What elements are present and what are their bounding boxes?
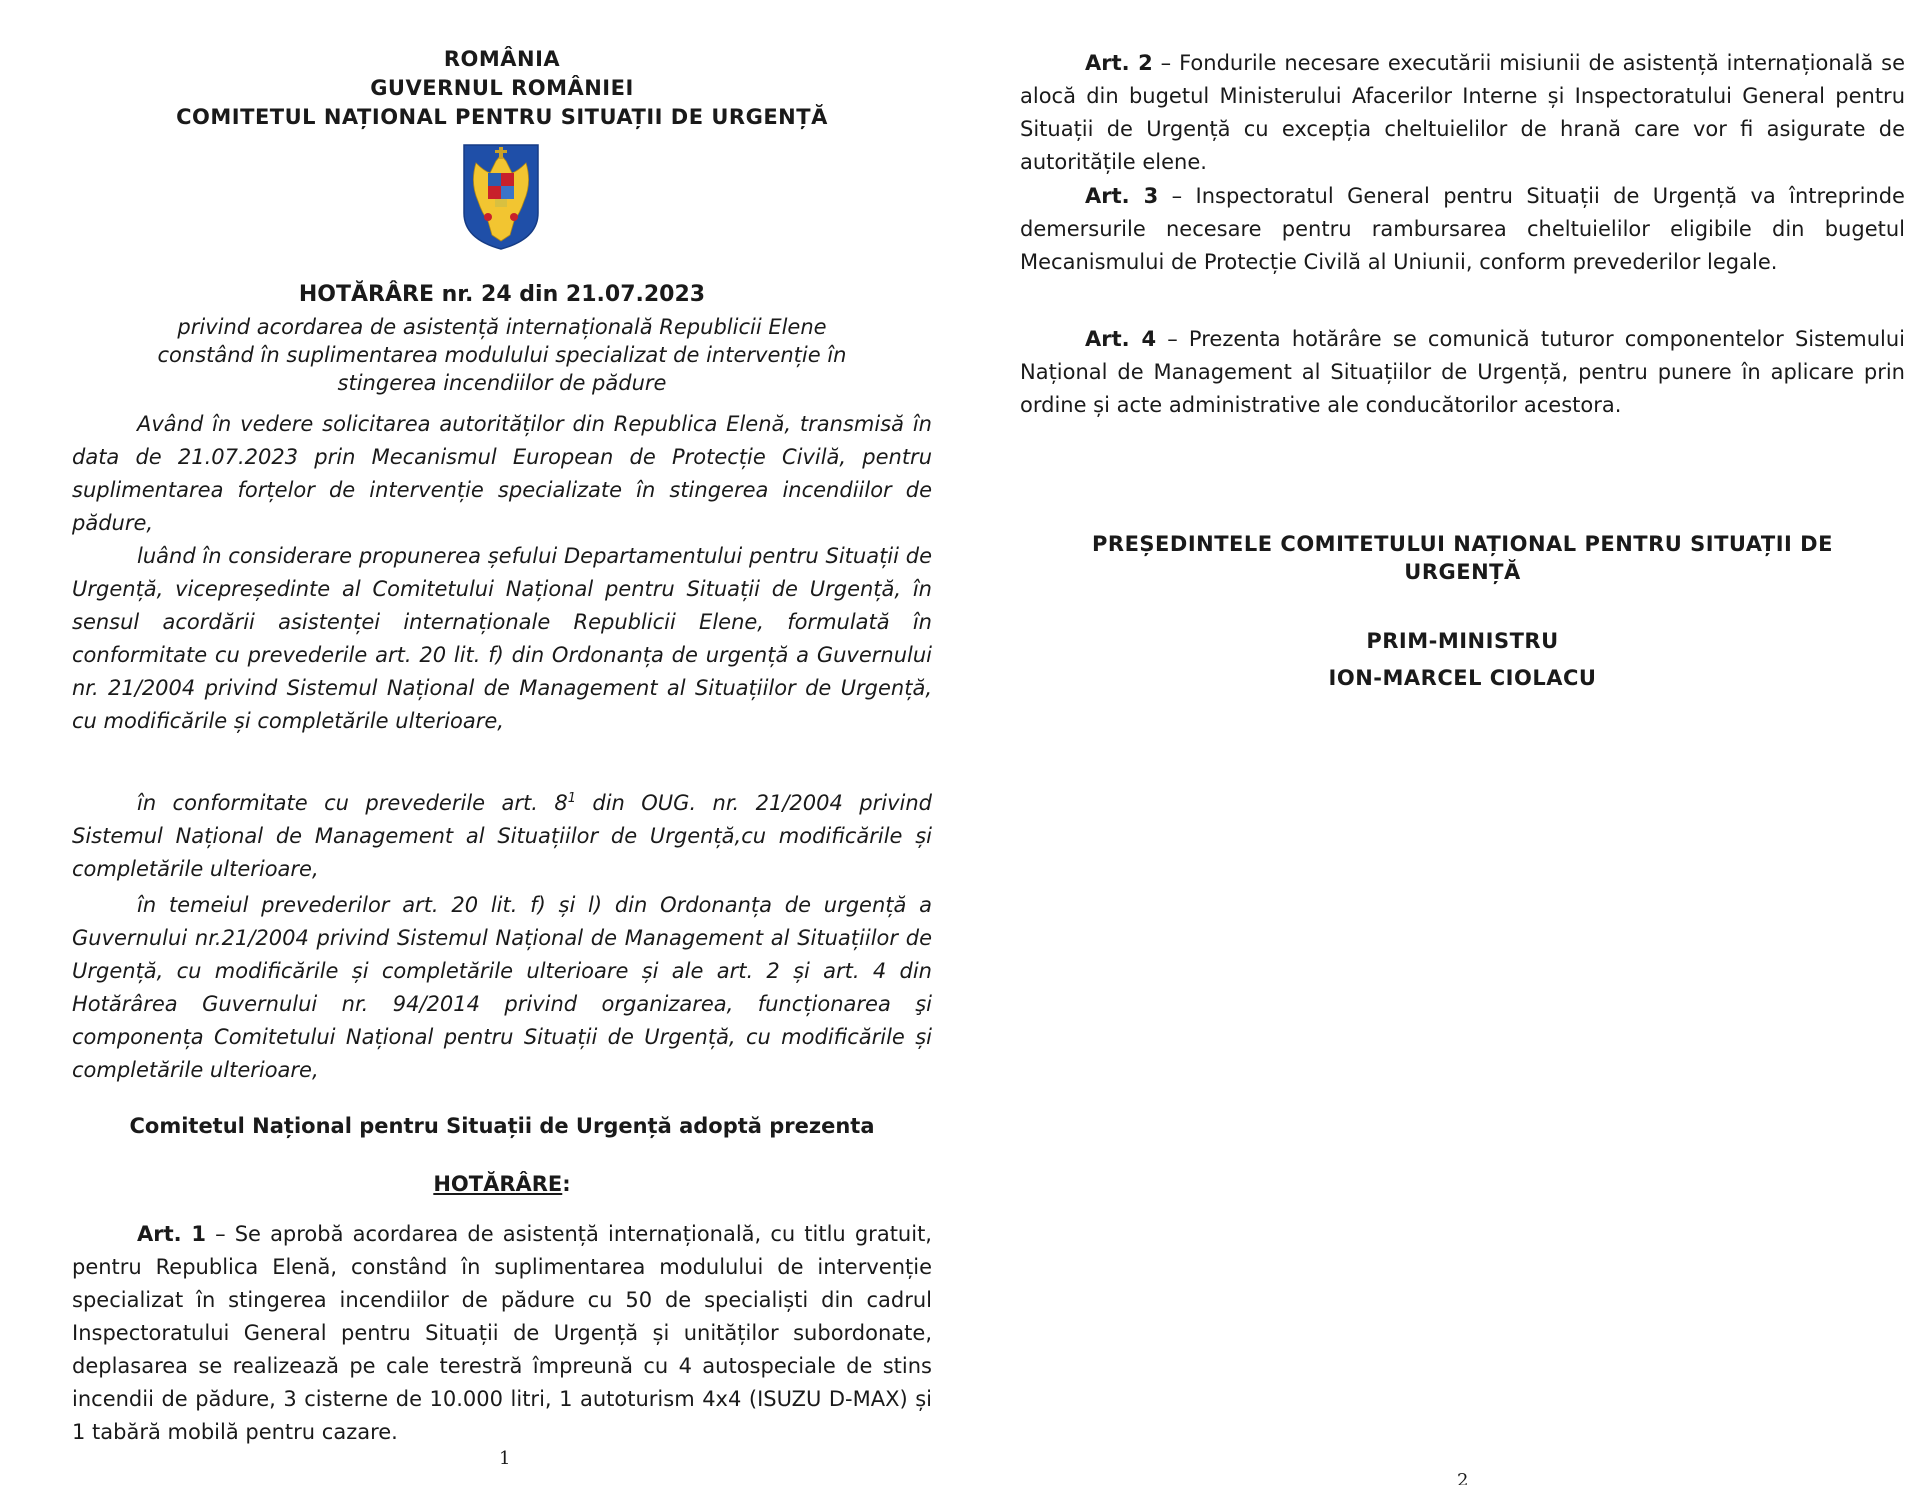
article-3: Art. 3 – Inspectoratul General pentru Si… <box>1020 180 1905 279</box>
article-4: Art. 4 – Prezenta hotărâre se comunică t… <box>1020 323 1905 422</box>
preamble-paragraph: în temeiul prevederilor art. 20 lit. f) … <box>72 889 932 1087</box>
article-text: – Fondurile necesare executării misiunii… <box>1020 51 1905 174</box>
signature-name: ION-MARCEL CIOLACU <box>1020 664 1905 692</box>
superscript: 1 <box>568 791 576 806</box>
article-label: Art. 2 <box>1085 51 1153 75</box>
preamble-text: în conformitate cu prevederile art. 8 <box>137 791 568 815</box>
signature-title: PRIM-MINISTRU <box>1020 627 1905 655</box>
subtitle-line: stingerea incendiilor de pădure <box>72 369 932 397</box>
article-2: Art. 2 – Fondurile necesare executării m… <box>1020 47 1905 179</box>
adoption-heading-suffix: : <box>562 1172 570 1196</box>
subtitle-line: constând în suplimentarea modulului spec… <box>72 341 932 369</box>
adoption-statement: Comitetul Național pentru Situații de Ur… <box>72 1114 932 1138</box>
preamble-paragraph: Având în vedere solicitarea autoritățilo… <box>72 408 932 540</box>
article-1: Art. 1 – Se aprobă acordarea de asistenț… <box>72 1218 932 1449</box>
page-number: 2 <box>1457 1470 1468 1485</box>
adoption-heading: HOTĂRÂRE: <box>72 1172 932 1196</box>
article-label: Art. 4 <box>1085 327 1156 351</box>
preamble-paragraph: luând în considerare propunerea șefului … <box>72 540 932 738</box>
header-committee: COMITETUL NAȚIONAL PENTRU SITUAȚII DE UR… <box>72 105 932 129</box>
article-text: – Se aprobă acordarea de asistență inter… <box>72 1222 932 1444</box>
header-government: GUVERNUL ROMÂNIEI <box>72 76 932 100</box>
preamble-paragraph: în conformitate cu prevederile art. 81 d… <box>72 782 932 886</box>
decision-title: HOTĂRÂRE nr. 24 din 21.07.2023 <box>72 282 932 307</box>
header-country: ROMÂNIA <box>72 47 932 71</box>
subtitle-line: privind acordarea de asistență internați… <box>72 313 932 341</box>
article-label: Art. 1 <box>137 1222 206 1246</box>
page-number: 1 <box>499 1448 510 1469</box>
decision-subtitle: privind acordarea de asistență internați… <box>72 313 932 397</box>
romania-coat-of-arms-icon <box>462 143 540 251</box>
adoption-heading-text: HOTĂRÂRE <box>433 1172 562 1196</box>
article-label: Art. 3 <box>1085 184 1158 208</box>
signature-role-line: PREȘEDINTELE COMITETULUI NAȚIONAL PENTRU… <box>1020 530 1905 558</box>
signature-role-line: URGENȚĂ <box>1020 558 1905 586</box>
signature-role: PREȘEDINTELE COMITETULUI NAȚIONAL PENTRU… <box>1020 530 1905 586</box>
